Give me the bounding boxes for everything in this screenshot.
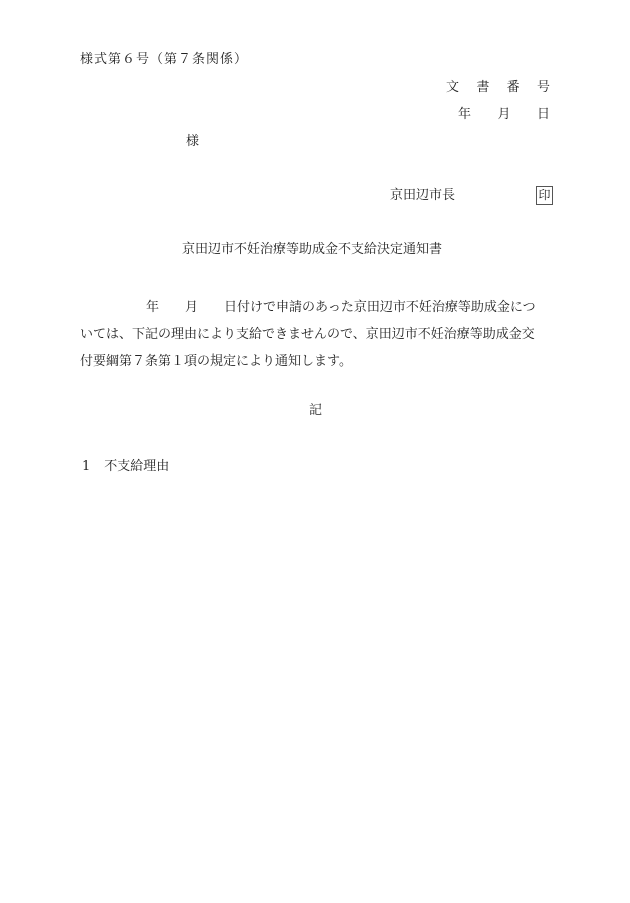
docnum-char: 書: [476, 80, 489, 96]
docnum-char: 番: [507, 80, 520, 96]
body-line-1-text: 日付けで申請のあった京田辺市不妊治療等助成金につ: [224, 300, 536, 315]
issue-date: 年 月 日: [458, 107, 550, 123]
body-paragraph: 年月日付けで申請のあった京田辺市不妊治療等助成金につ いては、下記の理由により支…: [80, 294, 552, 375]
list-item: 1不支給理由: [82, 459, 169, 475]
body-year: 年: [146, 300, 159, 315]
docnum-char: 号: [537, 80, 550, 96]
date-day: 日: [537, 107, 550, 123]
item-number: 1: [82, 459, 90, 474]
ki-heading: 記: [309, 403, 322, 419]
docnum-char: 文: [446, 80, 459, 96]
date-month: 月: [497, 107, 510, 123]
body-line-1: 年月日付けで申請のあった京田辺市不妊治療等助成金につ: [80, 294, 552, 321]
seal-mark: 印: [536, 186, 553, 205]
form-label: 様式第６号（第７条関係）: [80, 52, 248, 68]
date-year: 年: [458, 107, 471, 123]
body-month: 月: [185, 300, 198, 315]
item-label: 不支給理由: [104, 459, 169, 474]
document-title: 京田辺市不妊治療等助成金不支給決定通知書: [182, 242, 442, 258]
addressee-honorific: 様: [186, 134, 199, 150]
issuer-name: 京田辺市長: [390, 188, 455, 204]
body-line-2: いては、下記の理由により支給できませんので、京田辺市不妊治療等助成金交: [80, 321, 552, 348]
document-number: 文 書 番 号: [446, 80, 550, 96]
body-line-3: 付要綱第７条第１項の規定により通知します。: [80, 348, 552, 375]
